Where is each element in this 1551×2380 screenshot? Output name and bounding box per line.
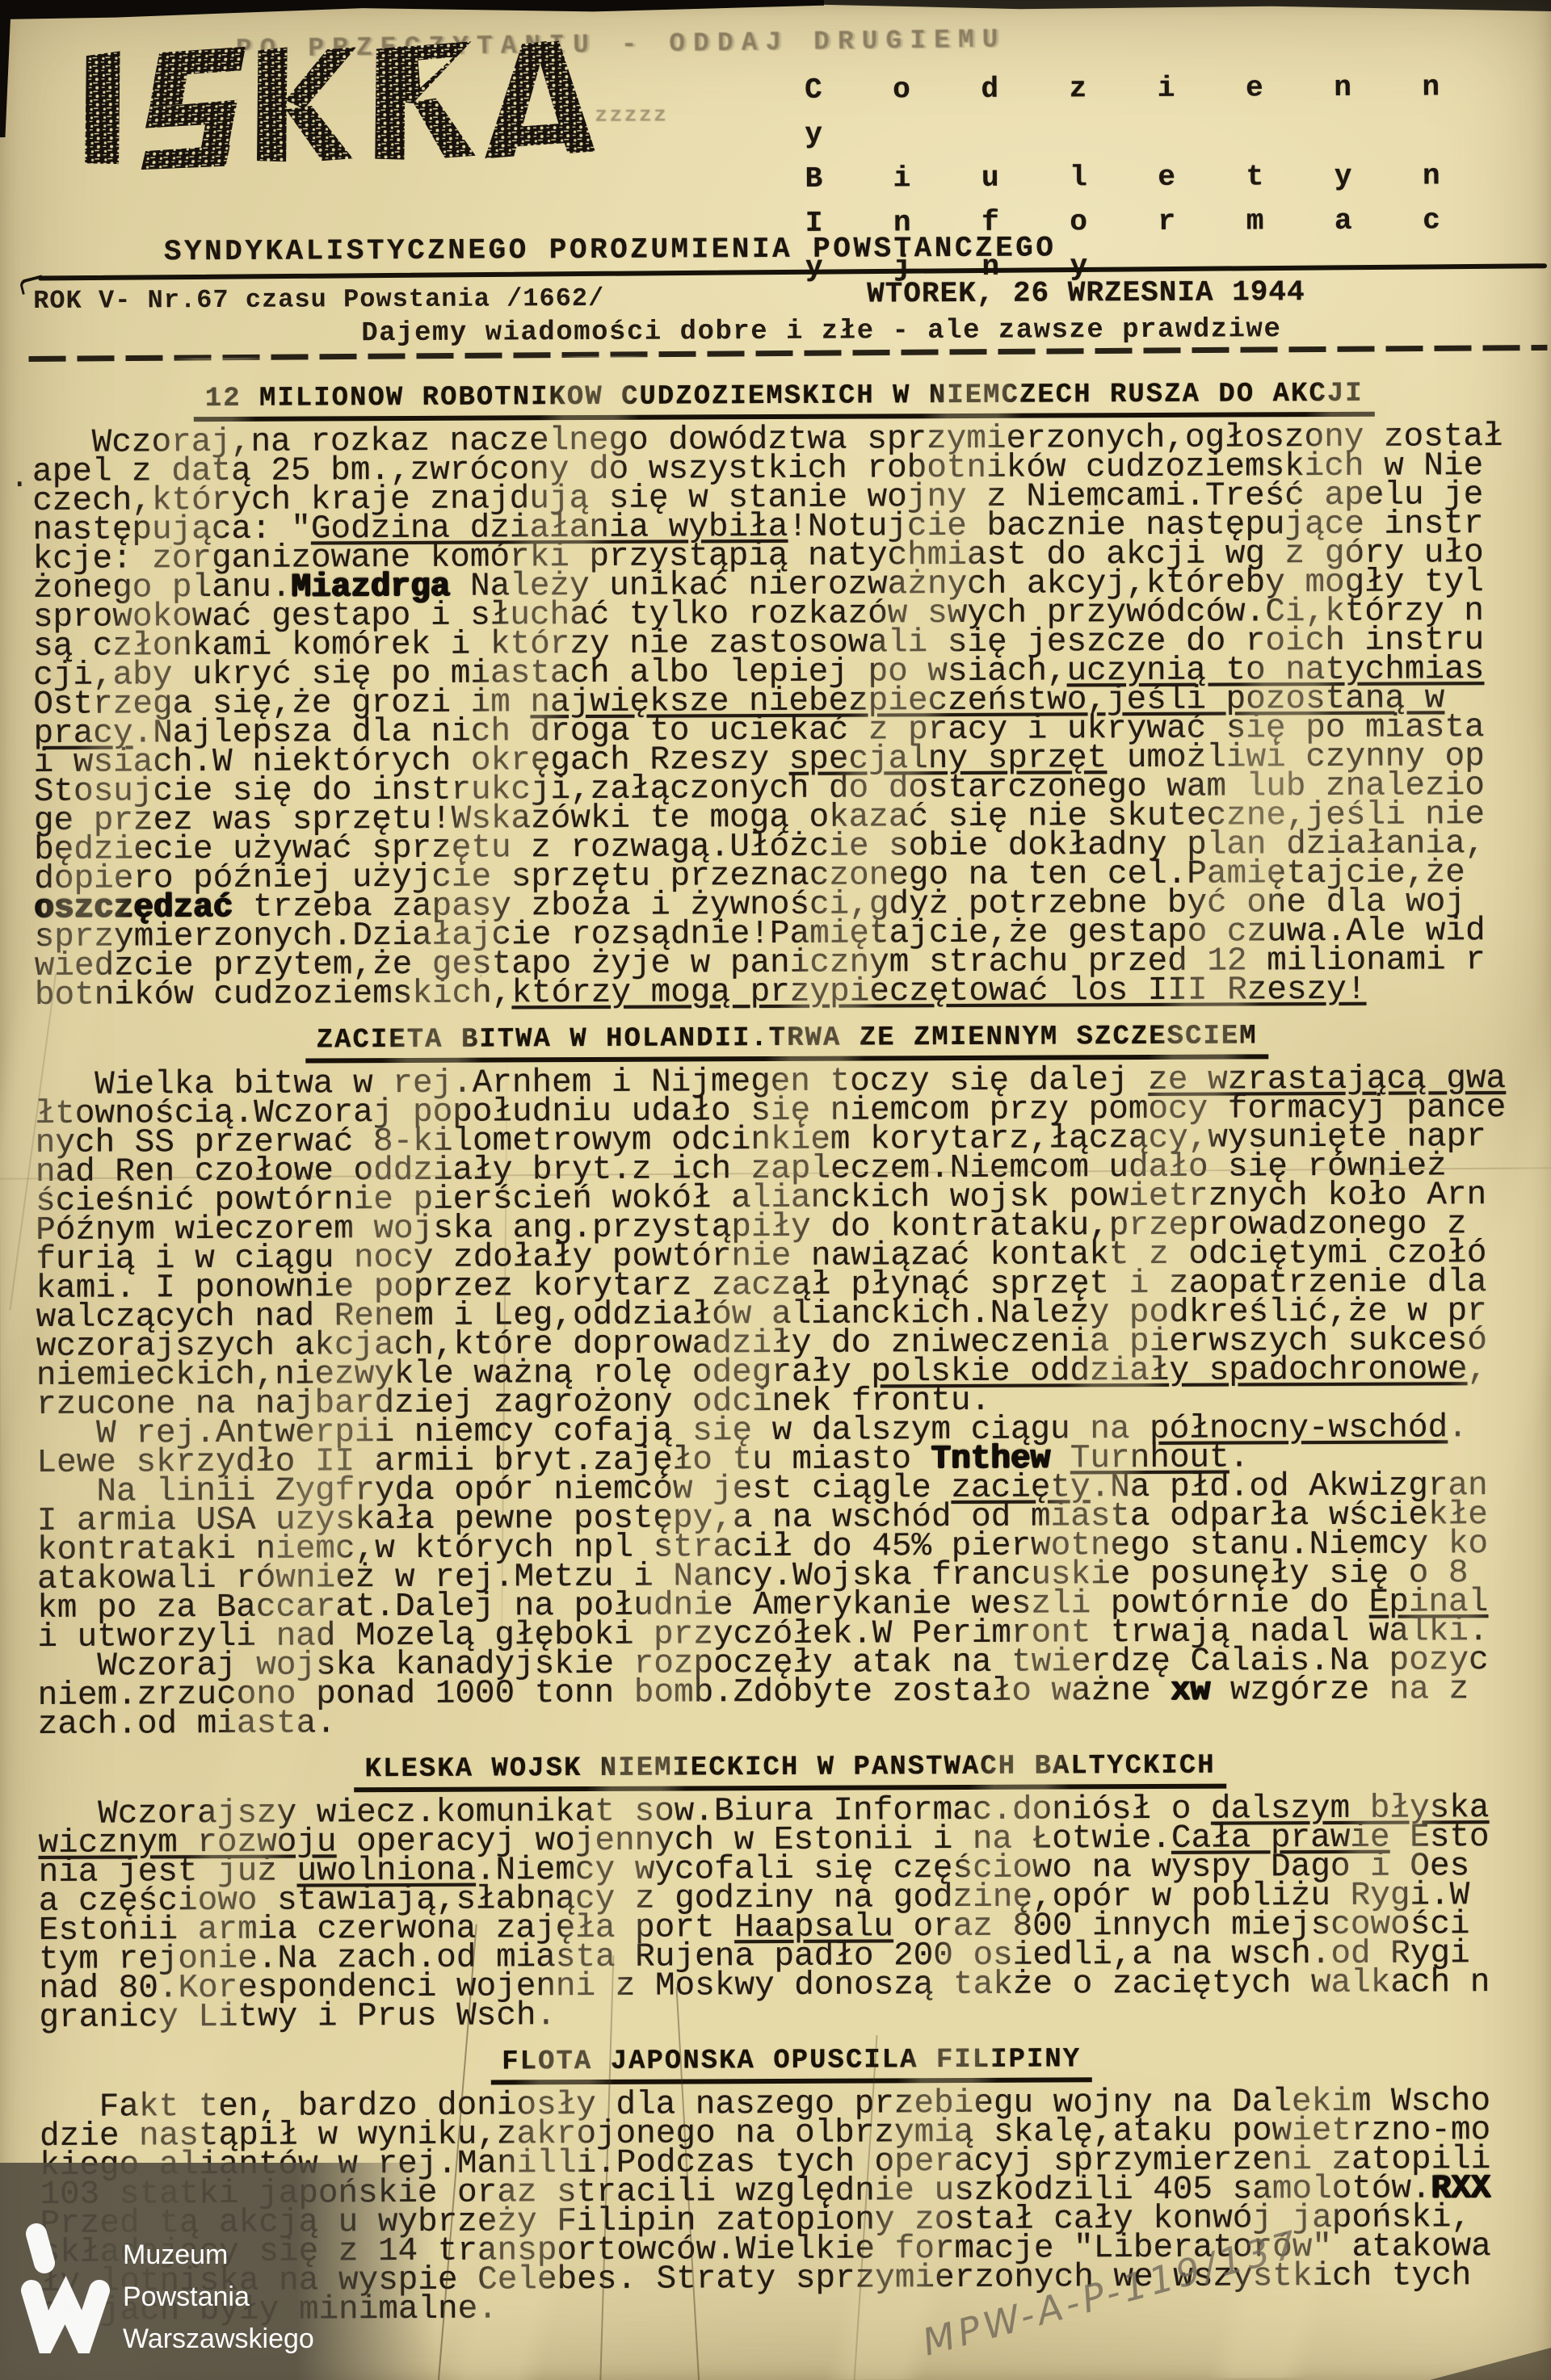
museum-anchor-logo [18,2216,116,2353]
museum-watermark-text: Muzeum Powstania Warszawskiego [123,2234,314,2360]
article-3-title: KLESKA WOJSK NIEMIECKICH W PANSTWACH BAL… [354,1751,1227,1793]
article-1-line-20: botników cudzoziemskich,którzy mogą przy… [35,975,1539,1010]
ink-smudge: zzzzz [595,104,668,128]
stray-ink-mark: . [10,460,29,497]
document-scan: PO PRZECZYTANIU - ODDAJ DRUGIEMU [0,0,1551,2380]
article-4-title: FLOTA JAPONSKA OPUSCILA FILIPINY [490,2044,1092,2084]
masthead-subtitle-line-1: C o d z i e n n y [805,65,1546,157]
underlined-text: którzy mogą przypieczętować los III Rzes… [511,972,1366,1013]
body-text: granicy Litwy i Prus Wsch. [39,1997,556,2037]
museum-name-line-1: Muzeum [123,2234,314,2276]
museum-watermark-band: Muzeum Powstania Warszawskiego [0,2163,436,2380]
horizontal-rule-dashed [28,345,1547,362]
logo-letter-i [82,51,123,165]
motto-line: Dajemy wiadomości dobre i złe - ale zaws… [361,314,1281,349]
article-2: ZACIETA BITWA W HOLANDII.TRWA ZE ZMIENNY… [35,1020,1542,1740]
overtyped-text: xw [1171,1673,1210,1710]
logo-letter-s [141,47,246,170]
museum-name-line-3: Warszawskiego [123,2318,314,2360]
article-1-title: 12 MILIONOW ROBOTNIKOW CUDZOZIEMSKICH W … [194,379,1375,422]
masthead-subtitle-line-2: B i u l e t y n [805,153,1546,201]
issue-row: ROK V- Nr.67 czasu Powstania /1662/ WTOR… [33,279,1536,316]
body-text: botników cudzoziemskich, [35,975,512,1014]
body-text: . [1448,1409,1468,1446]
body-text: , [1467,1351,1487,1388]
body-text: zach.od miasta. [38,1705,336,1744]
body-text: wzgórze na z [1210,1671,1469,1709]
iskra-logo [63,36,608,171]
issue-number: ROK V- Nr.67 czasu Powstania /1662/ [33,283,604,316]
article-1: 12 MILIONOW ROBOTNIKOW CUDZOZIEMSKICH W … [32,378,1539,1010]
issue-date: WTOREK, 26 WRZESNIA 1944 [867,275,1305,310]
article-3: KLESKA WOJSK NIEMIECKICH W PANSTWACH BAL… [38,1749,1543,2033]
article-2-title: ZACIETA BITWA W HOLANDII.TRWA ZE ZMIENNY… [305,1021,1269,1063]
organization-line: SYNDYKALISTYCZNEGO POROZUMIENIA POWSTANC… [164,231,1057,268]
articles-section: 12 MILIONOW ROBOTNIKOW CUDZOZIEMSKICH W … [32,362,1545,2326]
museum-name-line-2: Powstania [123,2276,314,2318]
logo-letter-k [254,48,290,162]
